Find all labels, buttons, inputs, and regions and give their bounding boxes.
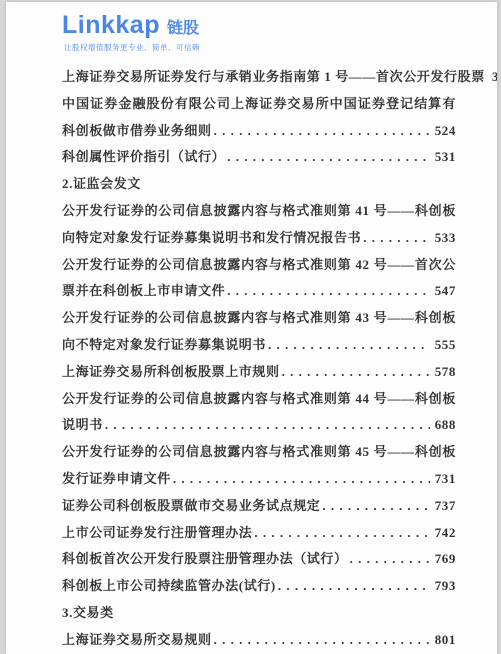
dotted-leader [227, 278, 429, 305]
dotted-leader [173, 466, 430, 493]
toc-entry: 公开发行证券的公司信息披露内容与格式准则第 43 号——科创板上市公司向不特定对… [62, 305, 456, 359]
toc-page-number: 688 [435, 412, 456, 439]
toc-entry: 上市公司证券发行注册管理办法742 [62, 520, 456, 547]
toc-entry-text: 上海证券交易所科创板股票上市规则 [62, 359, 280, 386]
toc-entry-text: 票并在科创板上市申请文件 [62, 278, 225, 305]
toc-entry: 公开发行证券的公司信息披露内容与格式准则第 41 号——科创板上市公司向特定对象… [62, 198, 456, 252]
dotted-leader [268, 332, 430, 359]
toc-entry-line: 公开发行证券的公司信息披露内容与格式准则第 41 号——科创板上市公司 [62, 198, 456, 225]
toc-entry: 公开发行证券的公司信息披露内容与格式准则第 44 号——科创板公司招股说明书68… [62, 386, 456, 440]
toc-entry: 上海证券交易所证券发行与承销业务指南第 1 号——首次公开发行股票347 [62, 64, 456, 91]
toc-entry: 证券公司科创板股票做市交易业务试点规定737 [62, 493, 456, 520]
toc-page-number: 801 [435, 627, 456, 654]
toc-entry-last-line: 上海证券交易所科创板股票上市规则578 [62, 359, 456, 386]
toc-entry: 中国证券金融股份有限公司上海证券交易所中国证券登记结算有限责任公司科创板做市借券… [62, 91, 456, 145]
brand-chinese-name: 链股 [167, 21, 199, 37]
toc-entry-last-line: 向不特定对象发行证券募集说明书555 [62, 332, 456, 359]
toc-page-number: 793 [435, 573, 456, 600]
toc-entry-text: 发行证券申请文件 [62, 466, 171, 493]
toc-entry-text: 科创板上市公司持续监管办法(试行) [62, 573, 276, 600]
toc-page-number: 731 [435, 466, 456, 493]
toc-entry-last-line: 上海证券交易所证券发行与承销业务指南第 1 号——首次公开发行股票347 [62, 64, 456, 91]
toc-entry: 科创板上市公司持续监管办法(试行)793 [62, 573, 456, 600]
toc-entry-text: 上市公司证券发行注册管理办法 [62, 520, 252, 547]
dotted-leader [105, 412, 430, 439]
toc-entry-text: 证券公司科创板股票做市交易业务试点规定 [62, 493, 320, 520]
toc-entry: 科创属性评价指引（试行）531 [62, 144, 456, 171]
dotted-leader [350, 546, 430, 573]
toc-entry-line: 中国证券金融股份有限公司上海证券交易所中国证券登记结算有限责任公司 [62, 91, 456, 118]
toc-entry-last-line: 上市公司证券发行注册管理办法742 [62, 520, 456, 547]
toc-page-number: 547 [435, 278, 456, 305]
toc-entry: 上海证券交易所科创板股票上市规则578 [62, 359, 456, 386]
toc-entry: 公开发行证券的公司信息披露内容与格式准则第 42 号——首次公开发行股票并在科创… [62, 252, 456, 306]
toc-entry-text: 说明书 [62, 412, 103, 439]
toc-entry: 上海证券交易所交易规则801 [62, 627, 456, 654]
dotted-leader [278, 573, 430, 600]
toc-page-number: 555 [435, 332, 456, 359]
toc-entry-last-line: 发行证券申请文件731 [62, 466, 456, 493]
toc-entry-line: 公开发行证券的公司信息披露内容与格式准则第 42 号——首次公开发行股 [62, 252, 456, 279]
toc-entry-line: 公开发行证券的公司信息披露内容与格式准则第 44 号——科创板公司招股 [62, 386, 456, 413]
toc-entry-text: 向特定对象发行证券募集说明书和发行情况报告书 [62, 225, 361, 252]
dotted-leader [322, 493, 429, 520]
toc-entry-last-line: 科创属性评价指引（试行）531 [62, 144, 456, 171]
toc-entry-text: 上海证券交易所交易规则 [62, 627, 212, 654]
toc-entry-last-line: 向特定对象发行证券募集说明书和发行情况报告书533 [62, 225, 456, 252]
toc-entry: 科创板首次公开发行股票注册管理办法（试行）769 [62, 546, 456, 573]
document-page: Linkkap 链股 让股权增值服务更专业、简单、可信赖 上海证券交易所证券发行… [6, 2, 497, 654]
toc-page-number: 742 [435, 520, 456, 547]
toc-entry-text: 科创属性评价指引（试行） [62, 144, 225, 171]
toc-entry-text: 向不特定对象发行证券募集说明书 [62, 332, 266, 359]
toc-page-number: 737 [435, 493, 456, 520]
toc-page-number: 578 [435, 359, 456, 386]
toc-entry-last-line: 科创板首次公开发行股票注册管理办法（试行）769 [62, 546, 456, 573]
toc-entry-line: 公开发行证券的公司信息披露内容与格式准则第 45 号——科创板上市公司 [62, 439, 456, 466]
dotted-leader [227, 144, 429, 171]
toc-page-number: 524 [435, 118, 456, 145]
dotted-leader [214, 627, 430, 654]
toc-entry-text: 科创板做市借券业务细则 [62, 118, 212, 145]
toc-entry-last-line: 科创板做市借券业务细则524 [62, 118, 456, 145]
toc-entry: 公开发行证券的公司信息披露内容与格式准则第 45 号——科创板上市公司发行证券申… [62, 439, 456, 493]
dotted-leader [363, 225, 429, 252]
toc-entry-text: 科创板首次公开发行股票注册管理办法（试行） [62, 546, 348, 573]
dotted-leader [214, 118, 430, 145]
toc-entry-last-line: 上海证券交易所交易规则801 [62, 627, 456, 654]
toc-entry-last-line: 科创板上市公司持续监管办法(试行)793 [62, 573, 456, 600]
toc-page-number: 347 [492, 64, 497, 91]
toc-entry-last-line: 票并在科创板上市申请文件547 [62, 278, 456, 305]
brand-tagline: 让股权增值服务更专业、简单、可信赖 [64, 42, 497, 53]
toc-page-number: 533 [435, 225, 456, 252]
toc-entry-text: 上海证券交易所证券发行与承销业务指南第 1 号——首次公开发行股票 [62, 64, 485, 91]
toc-page-number: 531 [435, 144, 456, 171]
toc-section-heading: 2.证监会发文 [62, 171, 456, 198]
table-of-contents: 上海证券交易所证券发行与承销业务指南第 1 号——首次公开发行股票347中国证券… [6, 54, 497, 654]
toc-section-heading: 3.交易类 [62, 600, 456, 627]
toc-page-number: 769 [435, 546, 456, 573]
logo: Linkkap 链股 让股权增值服务更专业、简单、可信赖 [6, 2, 497, 54]
toc-entry-last-line: 证券公司科创板股票做市交易业务试点规定737 [62, 493, 456, 520]
toc-entry-last-line: 说明书688 [62, 412, 456, 439]
brand-wordmark: Linkkap [62, 13, 160, 38]
toc-entry-line: 公开发行证券的公司信息披露内容与格式准则第 43 号——科创板上市公司 [62, 305, 456, 332]
dotted-leader [254, 520, 429, 547]
dotted-leader [282, 359, 430, 386]
